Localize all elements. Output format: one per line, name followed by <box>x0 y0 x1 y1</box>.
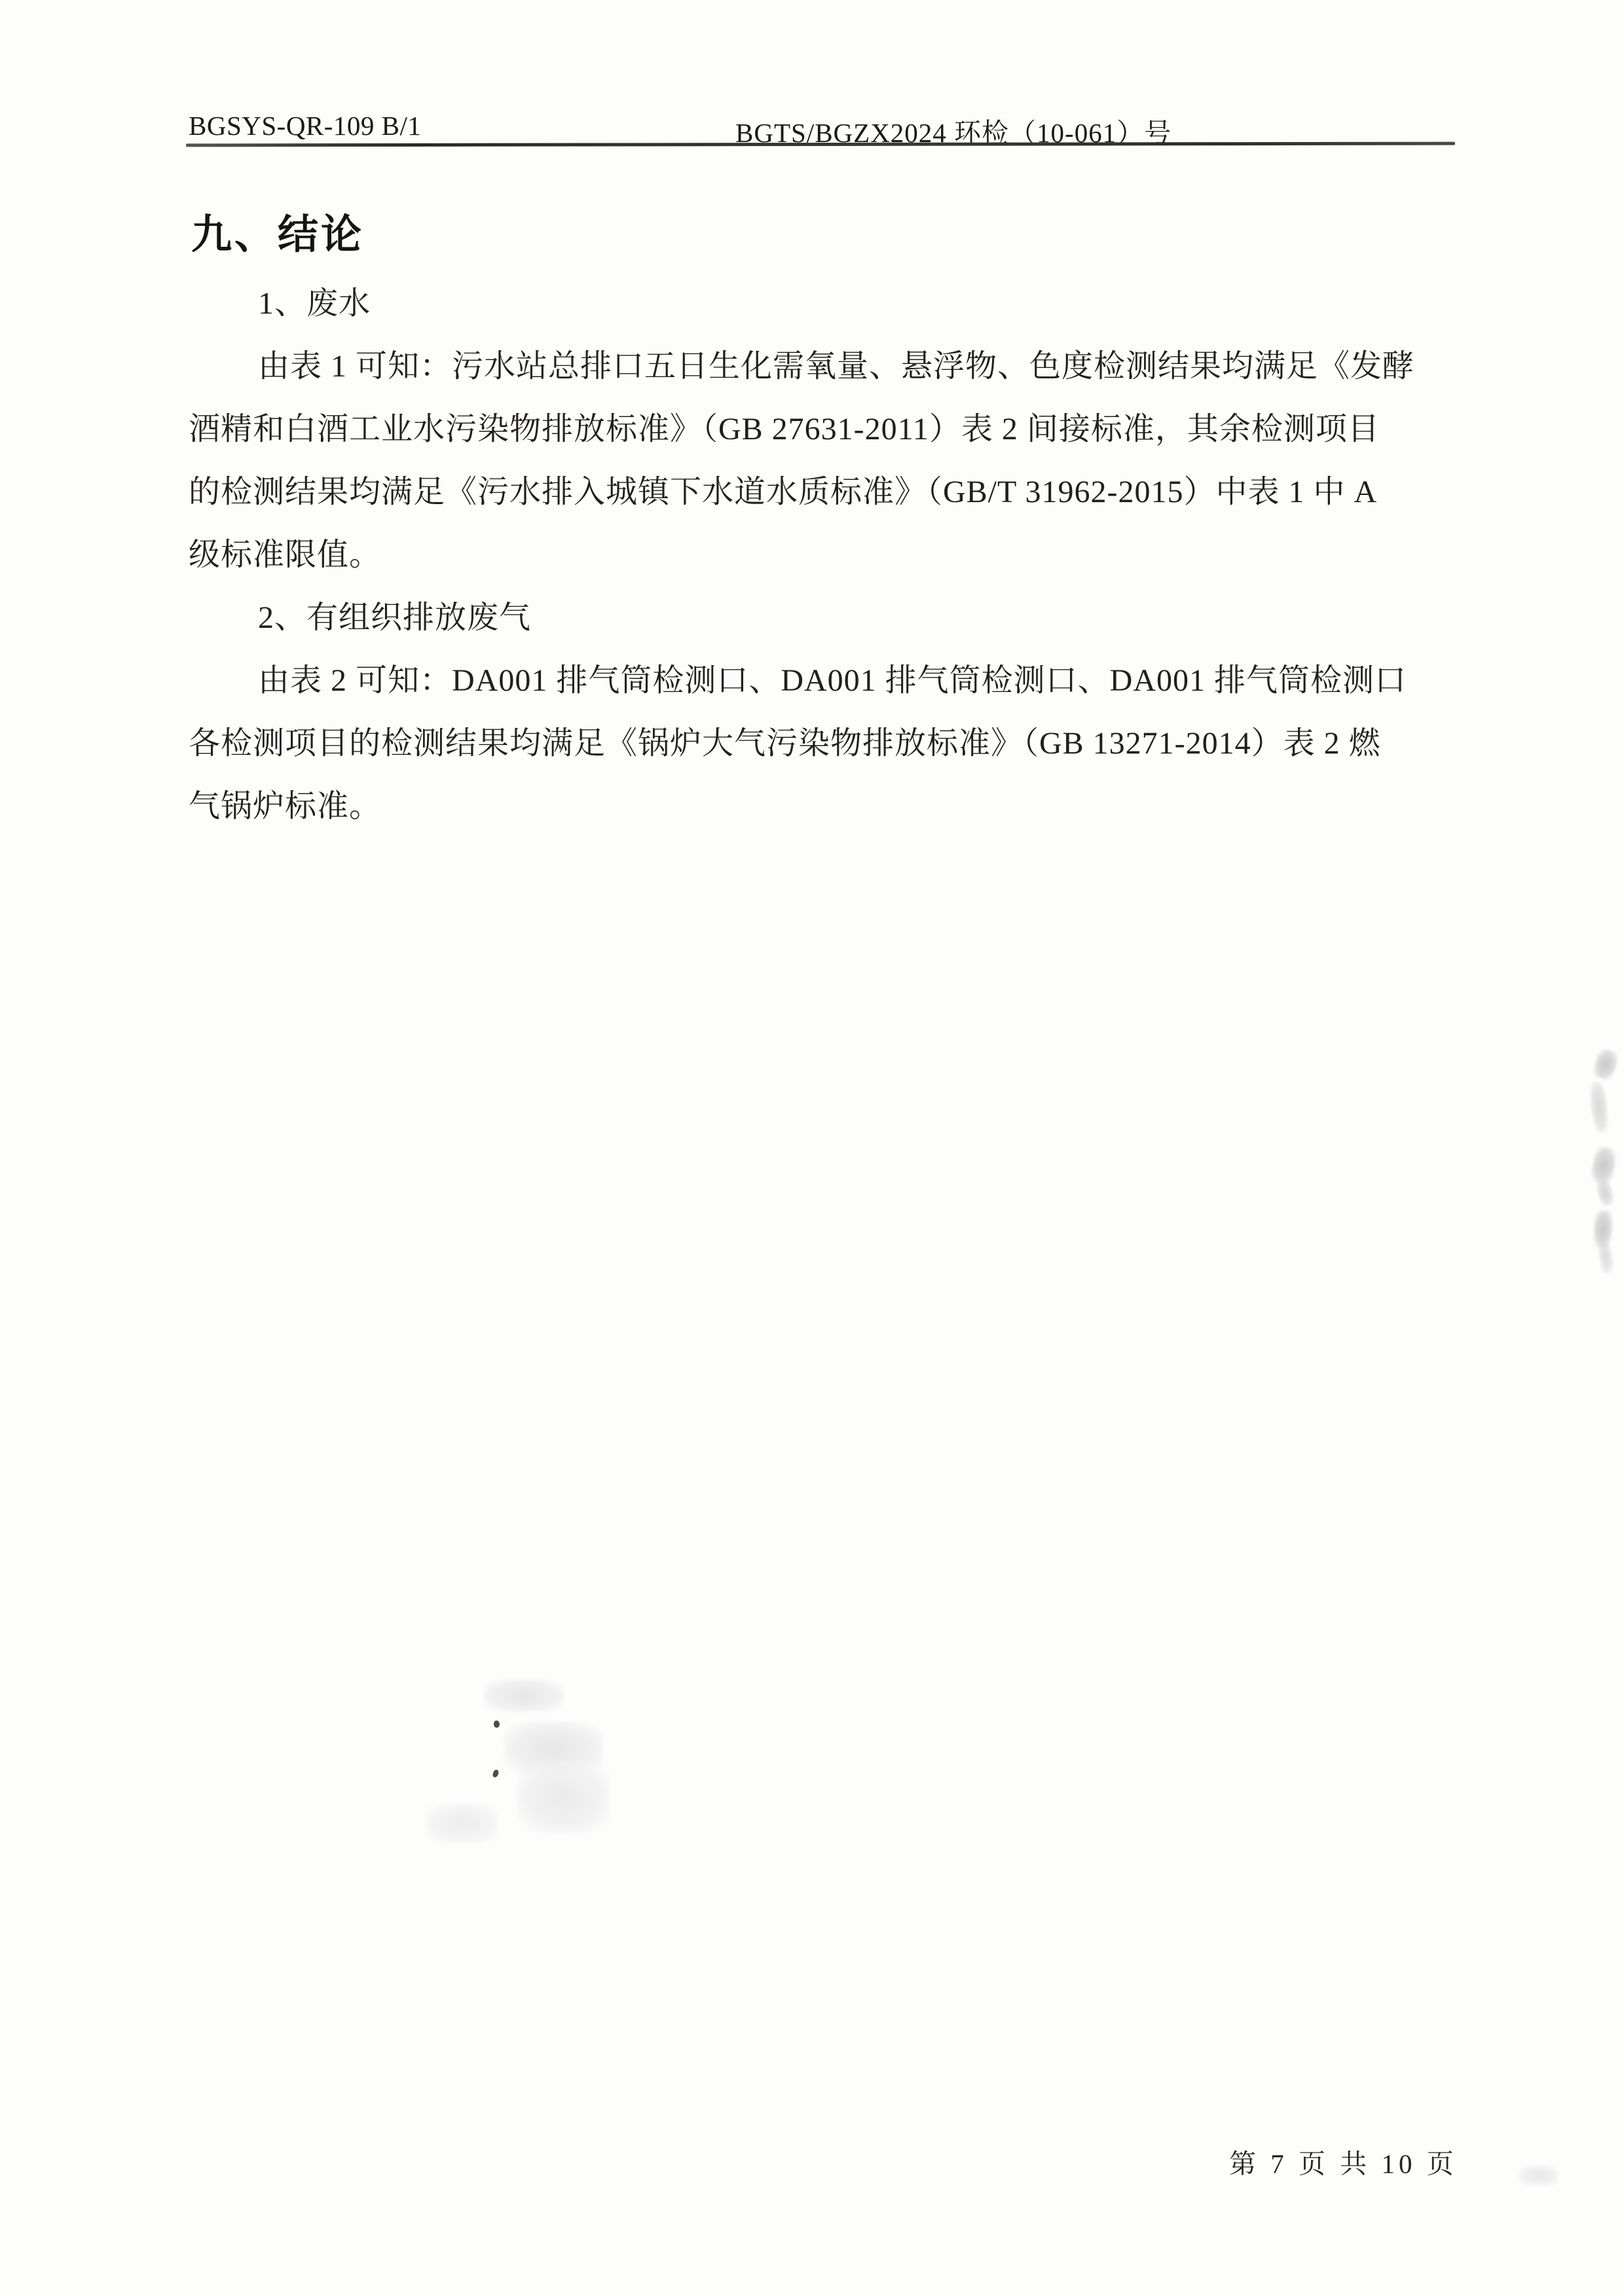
conclusion-body: 1、废水 由表 1 可知：污水站总排口五日生化需氧量、悬浮物、色度检测结果均满足… <box>189 272 1439 838</box>
wastewater-paragraph-line: 的检测结果均满足《污水排入城镇下水道水质标准》（GB/T 31962-2015）… <box>189 461 1439 524</box>
exhaust-paragraph-line: 各检测项目的检测结果均满足《锅炉大气污染物排放标准》（GB 13271-2014… <box>189 712 1439 775</box>
page-title: 九、结论 <box>191 202 364 260</box>
exhaust-paragraph-line: 气锅炉标准。 <box>189 775 1439 838</box>
exhaust-heading: 2、有组织排放废气 <box>189 587 1439 649</box>
wastewater-paragraph-line: 级标准限值。 <box>189 524 1439 587</box>
exhaust-paragraph-line: 由表 2 可知：DA001 排气筒检测口、DA001 排气筒检测口、DA001 … <box>189 649 1439 712</box>
footer-page-indicator: 第 7 页 共 10 页 <box>1229 2142 1458 2181</box>
scanned-report-page: BGSYS-QR-109 B/1 BGTS/BGZX2024 环检（10-061… <box>0 0 1624 2296</box>
wastewater-paragraph-line: 由表 1 可知：污水站总排口五日生化需氧量、悬浮物、色度检测结果均满足《发酵 <box>189 335 1439 398</box>
wastewater-heading: 1、废水 <box>189 272 1439 335</box>
wastewater-paragraph-line: 酒精和白酒工业水污染物排放标准》（GB 27631-2011）表 2 间接标准，… <box>189 398 1439 461</box>
header-doc-code: BGSYS-QR-109 B/1 <box>189 110 421 141</box>
